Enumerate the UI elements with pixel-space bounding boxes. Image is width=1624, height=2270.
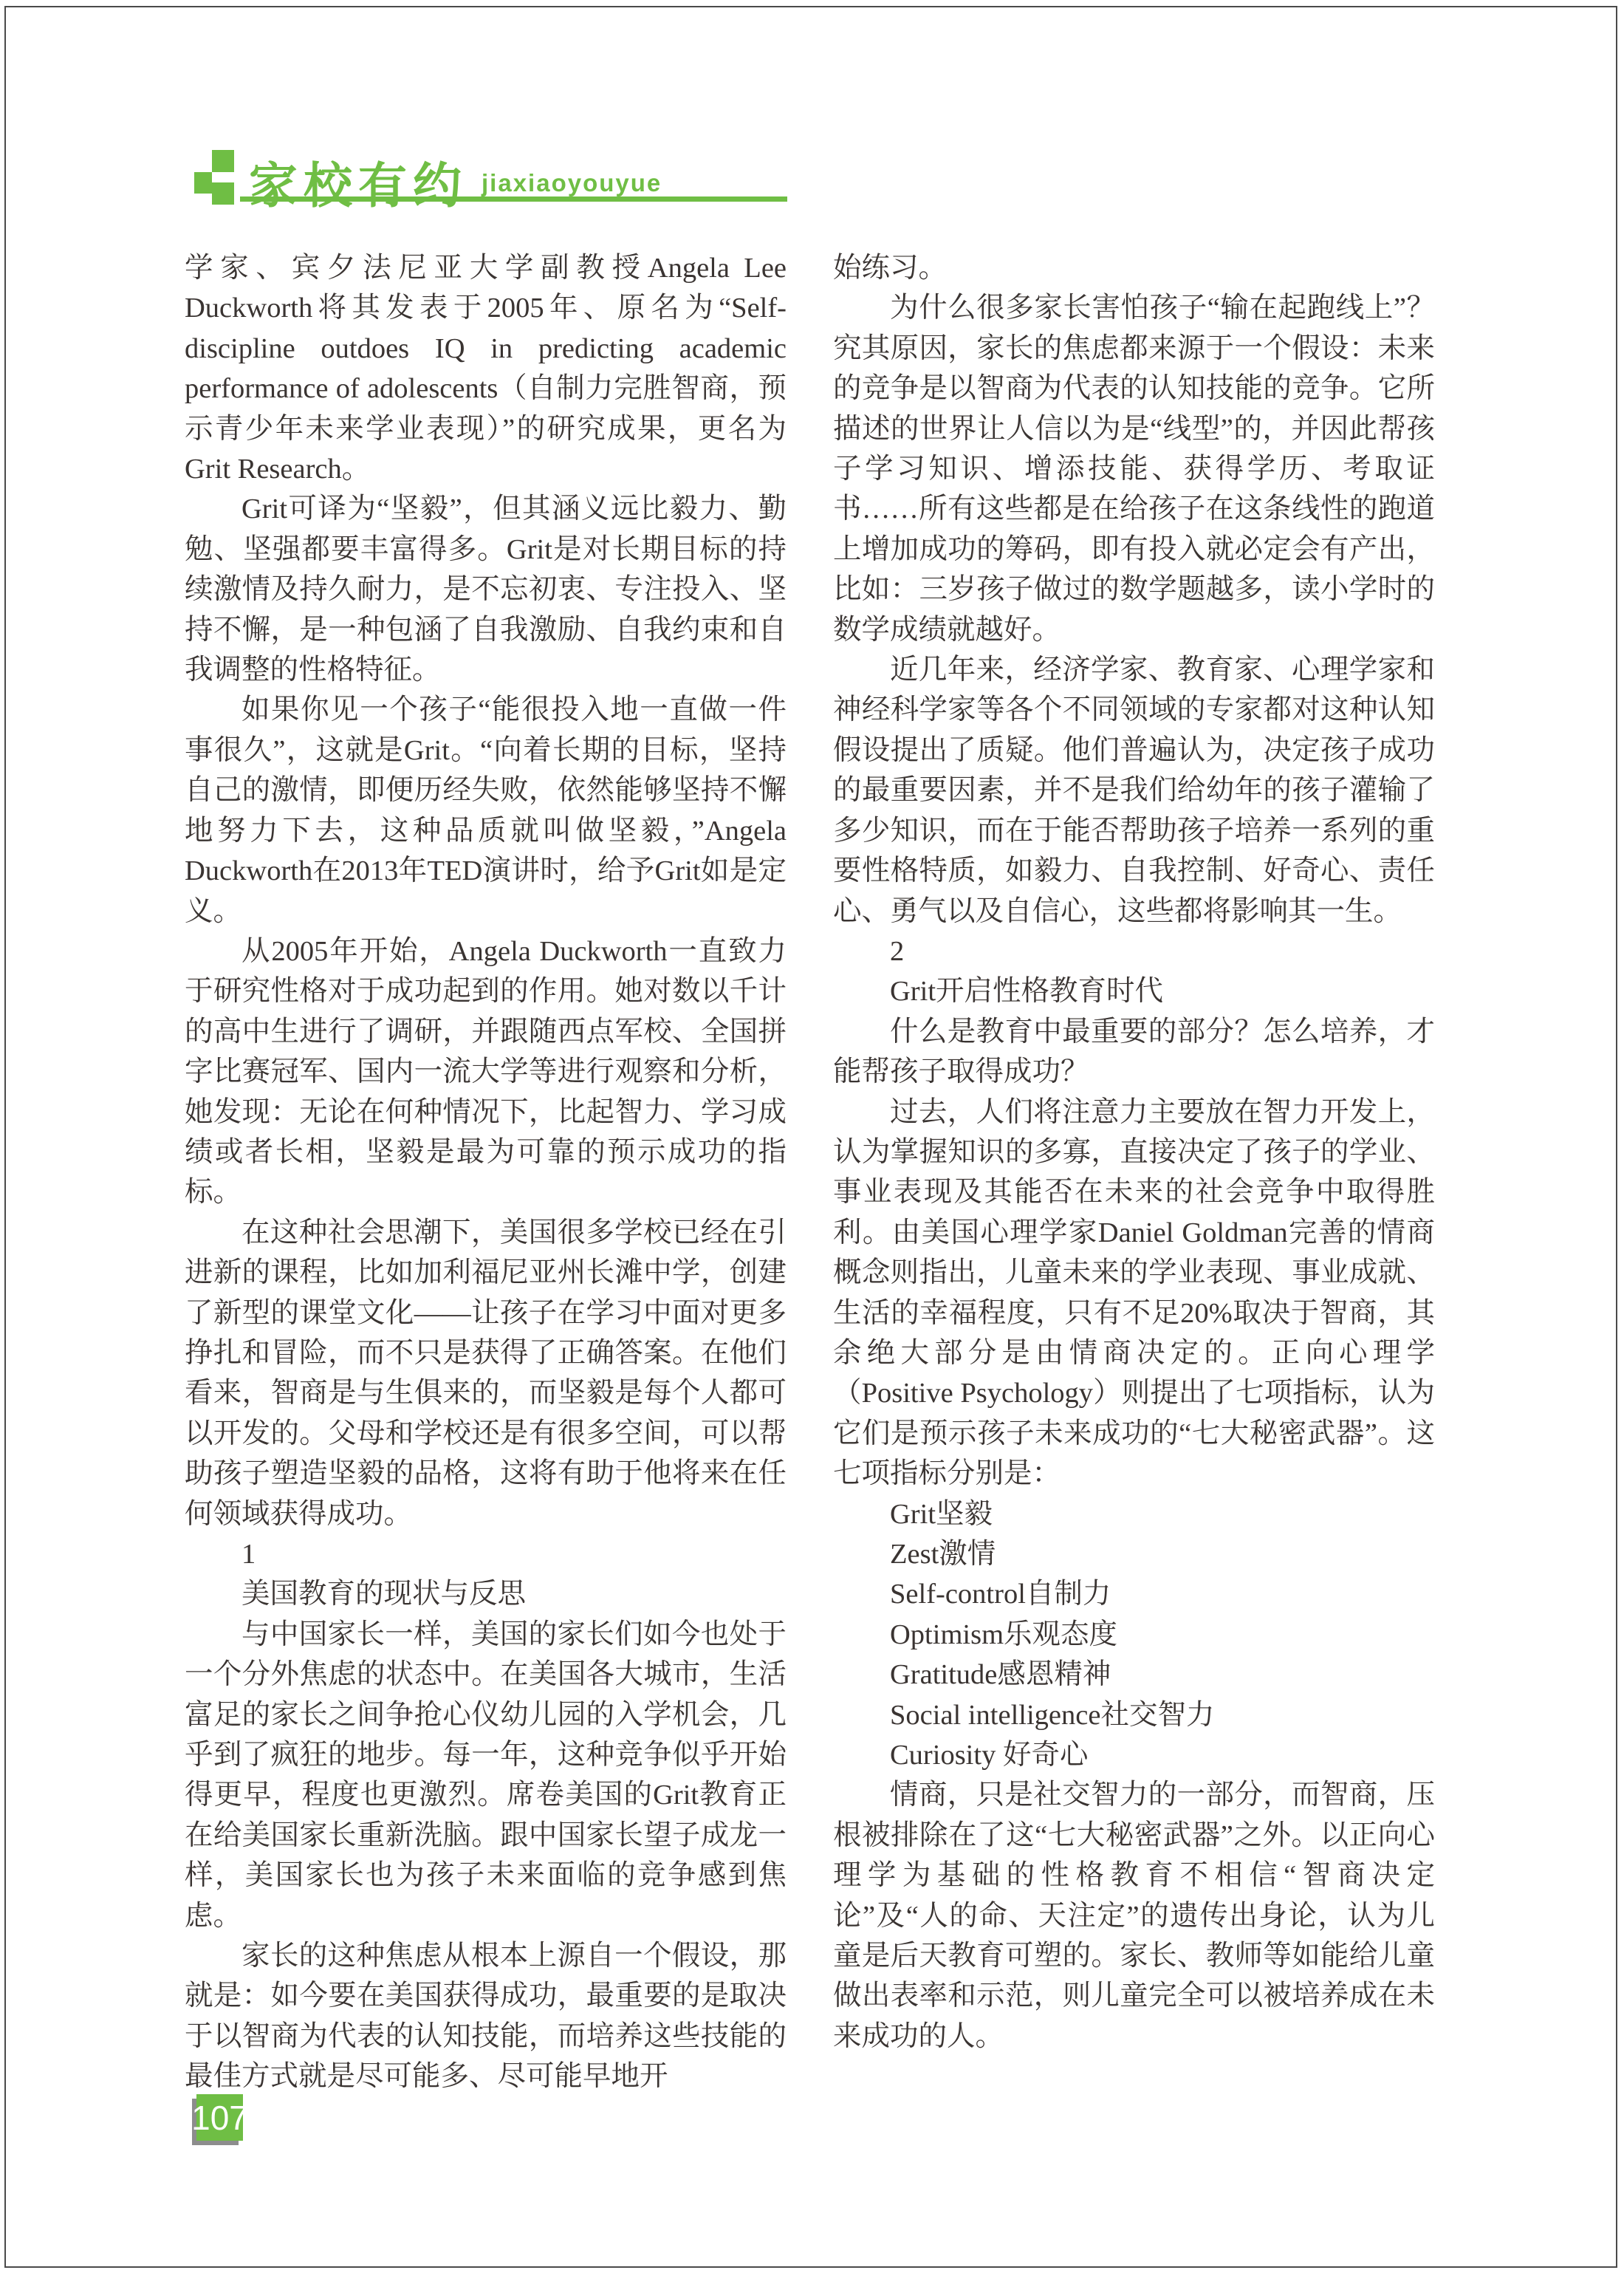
paragraph: Grit开启性格教育时代: [833, 971, 1435, 1011]
paragraph: 为什么很多家长害怕孩子“输在起跑线上”？究其原因，家长的焦虑都来源于一个假设：未…: [833, 288, 1435, 650]
paragraph: Self-control自制力: [833, 1574, 1435, 1614]
paragraph: 情商，只是社交智力的一部分，而智商，压根被排除在了这“七大秘密武器”之外。以正向…: [833, 1775, 1435, 2057]
paragraph: 在这种社会思潮下，美国很多学校已经在引进新的课程，比如加利福尼亚州长滩中学，创建…: [185, 1213, 787, 1534]
right-text-column: 始练习。为什么很多家长害怕孩子“输在起跑线上”？究其原因，家长的焦虑都来源于一个…: [833, 248, 1435, 2057]
paragraph: 学家、宾夕法尼亚大学副教授Angela Lee Duckworth将其发表于20…: [185, 248, 787, 489]
paragraph: 从2005年开始，Angela Duckworth一直致力于研究性格对于成功起到…: [185, 931, 787, 1213]
paragraph: Curiosity 好奇心: [833, 1735, 1435, 1775]
magazine-page: 家校有约 jiaxiaoyouyue 学家、宾夕法尼亚大学副教授Angela L…: [0, 0, 1624, 2270]
paragraph: 什么是教育中最重要的部分？怎么培养，才能帮孩子取得成功？: [833, 1012, 1435, 1093]
left-text-column: 学家、宾夕法尼亚大学副教授Angela Lee Duckworth将其发表于20…: [185, 248, 787, 2097]
logo-square-left: [194, 172, 212, 194]
logo-square-bottom: [212, 182, 234, 205]
paragraph: Grit可译为“坚毅”，但其涵义远比毅力、勤勉、坚强都要丰富得多。Grit是对长…: [185, 489, 787, 690]
paragraph: 与中国家长一样，美国的家长们如今也处于一个分外焦虑的状态中。在美国各大城市，生活…: [185, 1615, 787, 1936]
logo-square-top: [212, 150, 234, 172]
paragraph: Optimism乐观态度: [833, 1615, 1435, 1655]
paragraph: 美国教育的现状与反思: [185, 1574, 787, 1614]
paragraph: 家长的这种焦虑从根本上源自一个假设，那就是：如今要在美国获得成功，最重要的是取决…: [185, 1936, 787, 2097]
paragraph: 过去，人们将注意力主要放在智力开发上，认为掌握知识的多寡，直接决定了孩子的学业、…: [833, 1093, 1435, 1494]
paragraph: 近几年来，经济学家、教育家、心理学家和神经科学家等各个不同领域的专家都对这种认知…: [833, 650, 1435, 931]
paragraph: 2: [833, 931, 1435, 971]
page-number: 107: [191, 2098, 248, 2138]
paragraph: Social intelligence社交智力: [833, 1695, 1435, 1735]
paragraph: 如果你见一个孩子“能很投入地一直做一件事很久”，这就是Grit。“向着长期的目标…: [185, 690, 787, 931]
paragraph: 始练习。: [833, 248, 1435, 288]
paragraph: Gratitude感恩精神: [833, 1655, 1435, 1695]
page-number-badge: 107: [196, 2094, 243, 2141]
paragraph: Zest激情: [833, 1534, 1435, 1574]
section-title: 家校有约: [249, 146, 467, 216]
paragraph: Grit坚毅: [833, 1494, 1435, 1534]
section-subtitle-pinyin: jiaxiaoyouyue: [482, 169, 662, 197]
logo-squares-icon: [194, 150, 234, 205]
paragraph: 1: [185, 1534, 787, 1574]
header-underline: [240, 196, 787, 202]
